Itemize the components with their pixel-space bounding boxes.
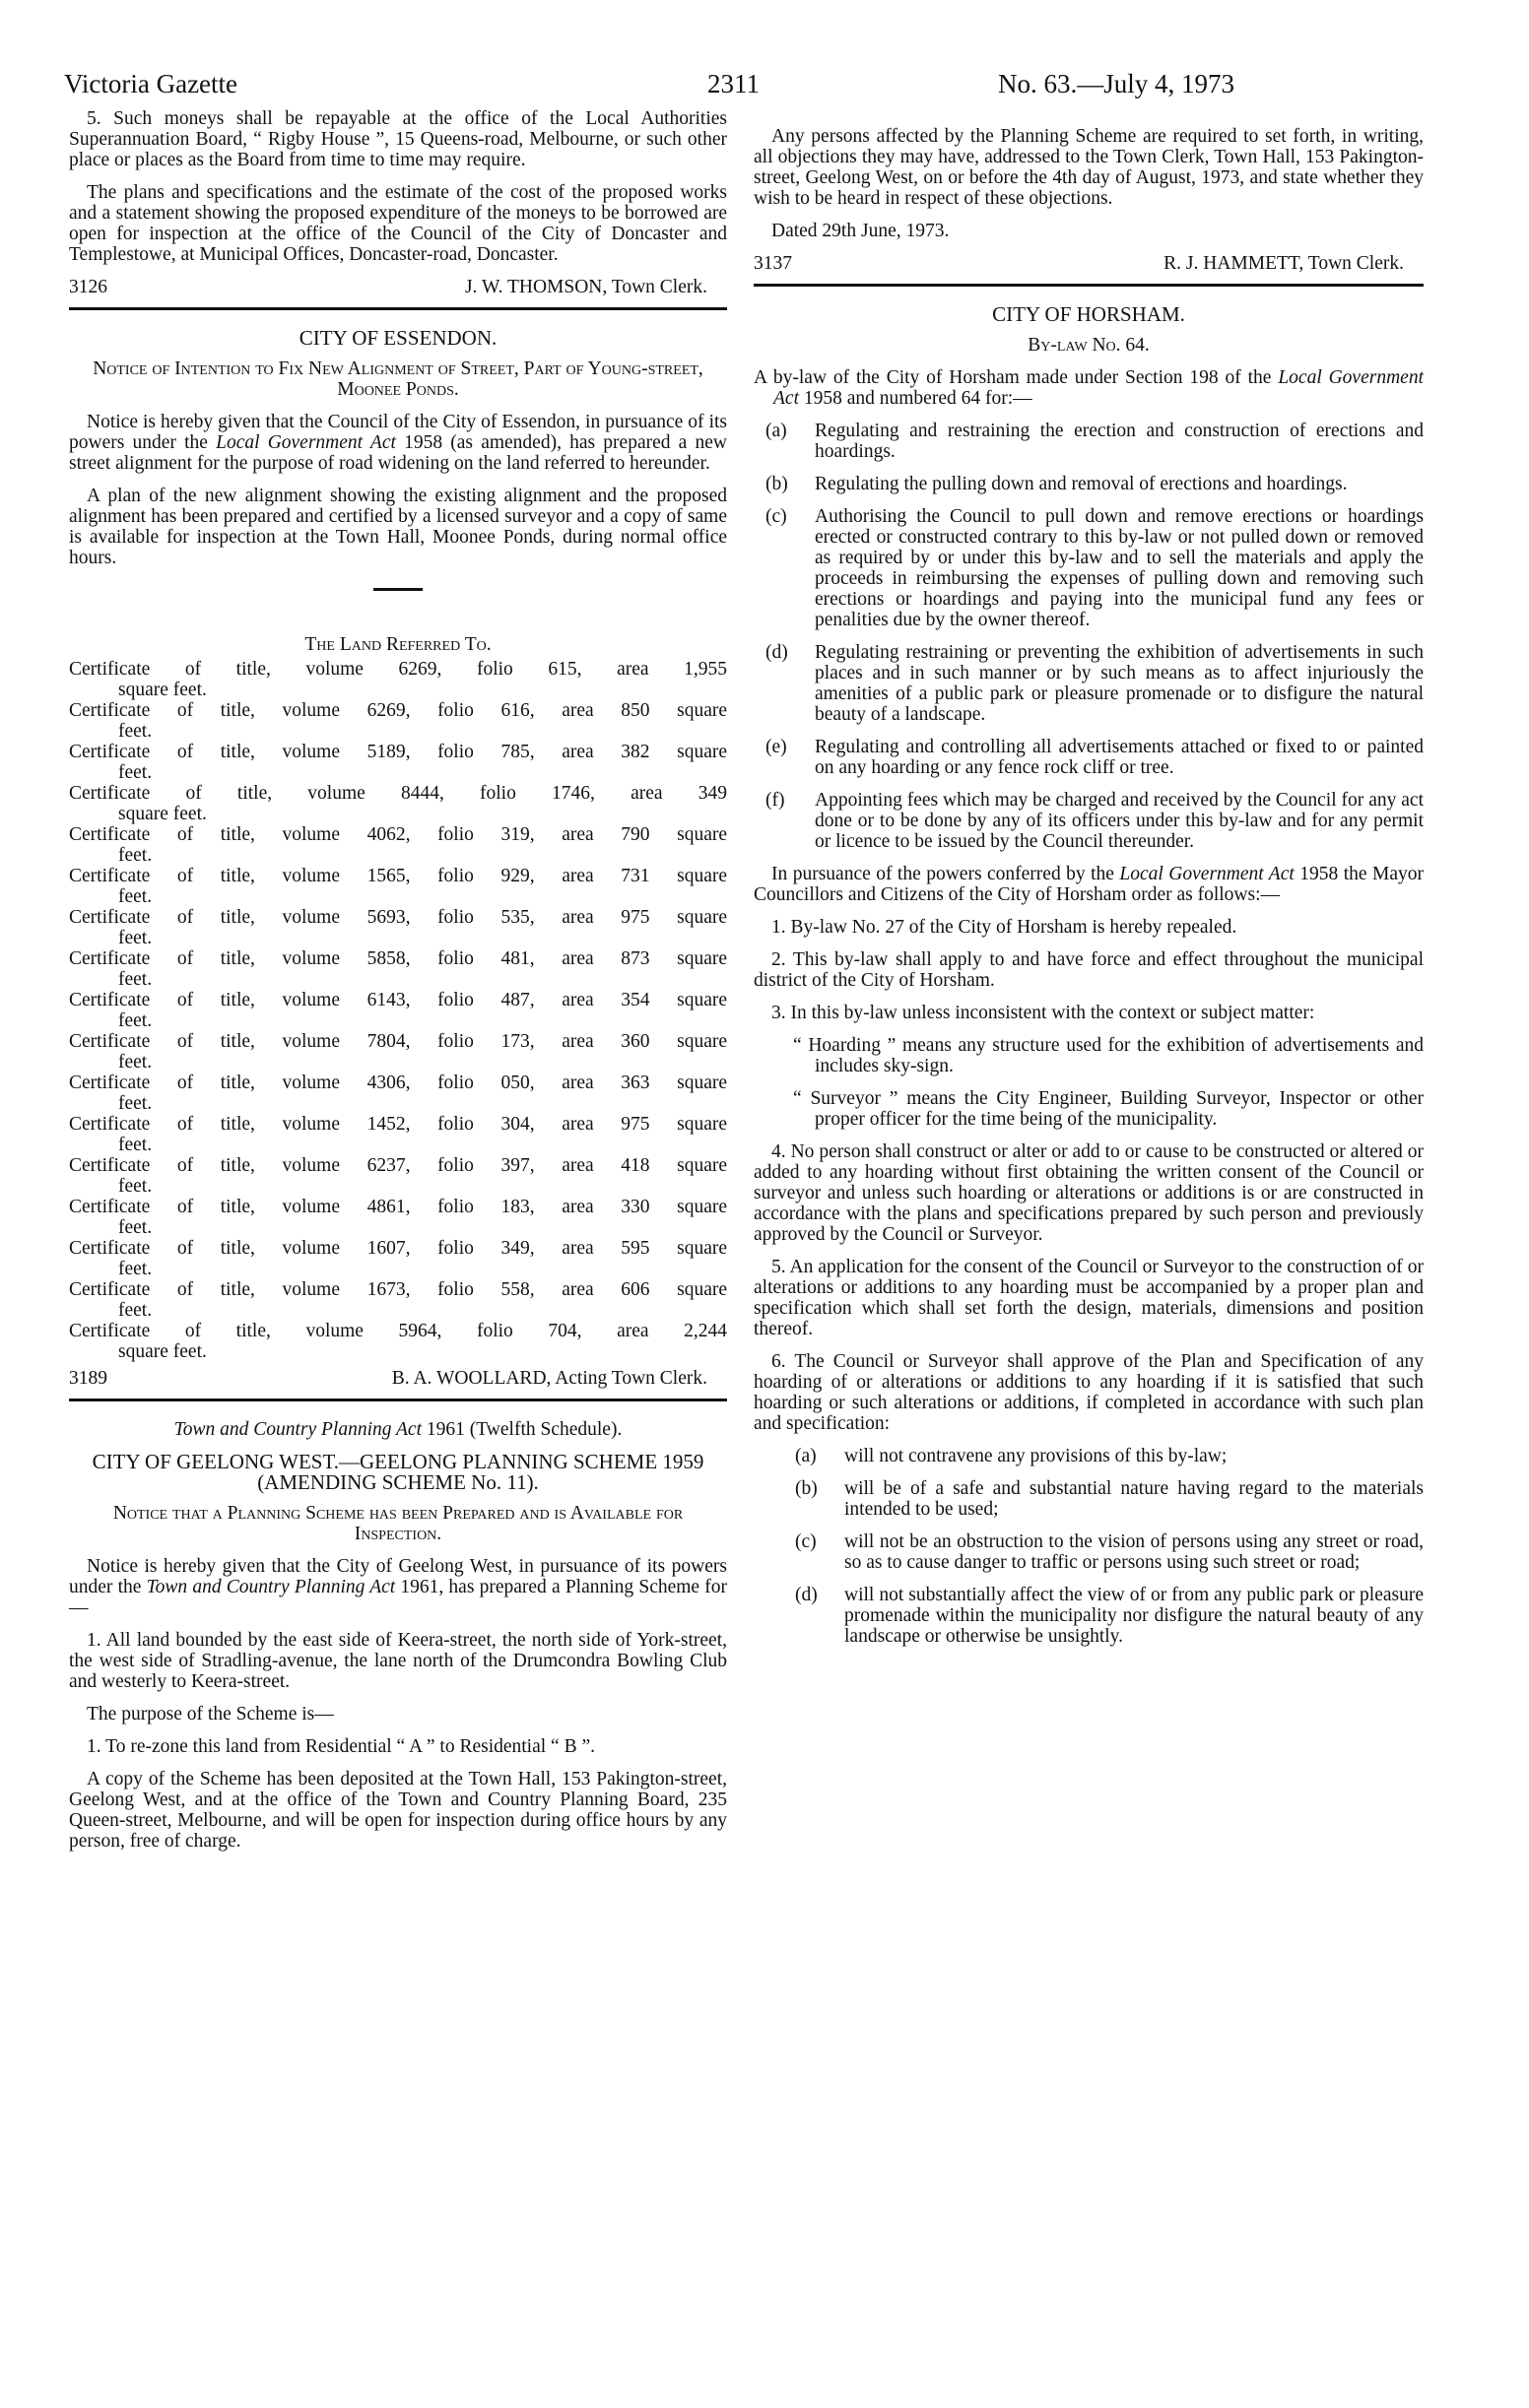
item-label: (a) [754, 421, 815, 462]
certificate-entry: Certificate of title, volume 1452, folio… [69, 1114, 727, 1155]
paragraph: Notice is hereby given that the City of … [69, 1556, 727, 1618]
list-item: (d)will not substantially affect the vie… [754, 1585, 1424, 1647]
list-item: (c)Authorising the Council to pull down … [754, 506, 1424, 630]
certificate-entry: Certificate of title, volume 7804, folio… [69, 1031, 727, 1073]
list-item: (c)will not be an obstruction to the vis… [754, 1531, 1424, 1573]
item-text: will not contravene any provisions of th… [844, 1446, 1424, 1466]
item-text: Authorising the Council to pull down and… [815, 506, 1424, 630]
notice-title: CITY OF GEELONG WEST.—GEELONG PLANNING S… [69, 1452, 727, 1493]
land-heading: The Land Referred To. [69, 634, 727, 655]
notice-subtitle: Notice of Intention to Fix New Alignment… [69, 358, 727, 400]
notice-title: CITY OF ESSENDON. [69, 328, 727, 349]
signatory: B. A. WOOLLARD, Acting Town Clerk. [392, 1368, 727, 1389]
act-name: Local Government Act [216, 432, 396, 453]
definition-hoarding: “ Hoarding ” means any structure used fo… [754, 1035, 1424, 1076]
list-item: (b)Regulating the pulling down and remov… [754, 474, 1424, 494]
certificate-entry: Certificate of title, volume 6269, folio… [69, 659, 727, 700]
notice-reference: 3189 [69, 1368, 107, 1389]
item-label: (f) [754, 790, 815, 852]
clause-2: 2. This by-law shall apply to and have f… [754, 949, 1424, 991]
certificate-entry: Certificate of title, volume 5693, folio… [69, 907, 727, 948]
list-item: (b)will be of a safe and substantial nat… [754, 1478, 1424, 1520]
section-divider [69, 307, 727, 310]
list-item: (d)Regulating restraining or preventing … [754, 642, 1424, 725]
bylaw-intro: A by-law of the City of Horsham made und… [754, 367, 1424, 409]
signature-line: 3126 J. W. THOMSON, Town Clerk. [69, 277, 727, 297]
purpose-list: (a)Regulating and restraining the erecti… [754, 421, 1424, 852]
bylaw-number: By-law No. 64. [754, 335, 1424, 356]
item-label: (b) [783, 1478, 844, 1520]
left-column: 5. Such moneys shall be repayable at the… [69, 108, 727, 1863]
paragraph: 1. To re-zone this land from Residential… [69, 1736, 727, 1757]
horsham-bylaw: CITY OF HORSHAM. By-law No. 64. A by-law… [754, 304, 1424, 1647]
list-item: (a)will not contravene any provisions of… [754, 1446, 1424, 1466]
item-text: will be of a safe and substantial nature… [844, 1478, 1424, 1520]
definition-surveyor: “ Surveyor ” means the City Engineer, Bu… [754, 1088, 1424, 1130]
item-text: Appointing fees which may be charged and… [815, 790, 1424, 852]
section-divider [69, 1399, 727, 1401]
certificate-entry: Certificate of title, volume 6237, folio… [69, 1155, 727, 1197]
bylaw-title: CITY OF HORSHAM. [754, 304, 1424, 325]
clause-4: 4. No person shall construct or alter or… [754, 1141, 1424, 1245]
right-column: Any persons affected by the Planning Sch… [754, 126, 1424, 1659]
page-number: 2311 [707, 69, 760, 99]
paragraph: 1. All land bounded by the east side of … [69, 1630, 727, 1692]
act-name: Town and Country Planning Act [147, 1577, 396, 1597]
certificate-entry: Certificate of title, volume 5189, folio… [69, 742, 727, 783]
certificate-entry: Certificate of title, volume 1565, folio… [69, 866, 727, 907]
geelong-west-notice-continued: Any persons affected by the Planning Sch… [754, 126, 1424, 274]
certificate-entry: Certificate of title, volume 6269, folio… [69, 700, 727, 742]
signatory: R. J. HAMMETT, Town Clerk. [1163, 253, 1424, 274]
essendon-notice: CITY OF ESSENDON. Notice of Intention to… [69, 328, 727, 1389]
item-text: will not substantially affect the view o… [844, 1585, 1424, 1647]
item-text: Regulating restraining or preventing the… [815, 642, 1424, 725]
short-divider [373, 588, 423, 591]
paragraph: Any persons affected by the Planning Sch… [754, 126, 1424, 209]
certificate-list: Certificate of title, volume 6269, folio… [69, 659, 727, 1362]
signature-line: 3189 B. A. WOOLLARD, Acting Town Clerk. [69, 1368, 727, 1389]
dated-line: Dated 29th June, 1973. [754, 221, 1424, 241]
list-item: (a)Regulating and restraining the erecti… [754, 421, 1424, 462]
act-reference: Town and Country Planning Act 1961 (Twel… [69, 1419, 727, 1440]
certificate-entry: Certificate of title, volume 6143, folio… [69, 990, 727, 1031]
certificate-entry: Certificate of title, volume 5858, folio… [69, 948, 727, 990]
certificate-entry: Certificate of title, volume 4861, folio… [69, 1197, 727, 1238]
certificate-entry: Certificate of title, volume 4306, folio… [69, 1073, 727, 1114]
certificate-entry: Certificate of title, volume 1607, folio… [69, 1238, 727, 1279]
notice-reference: 3126 [69, 277, 107, 297]
certificate-entry: Certificate of title, volume 5964, folio… [69, 1321, 727, 1362]
paragraph: A copy of the Scheme has been deposited … [69, 1769, 727, 1852]
clause-5: 5. An application for the consent of the… [754, 1257, 1424, 1339]
item-text: Regulating and restraining the erection … [815, 421, 1424, 462]
paragraph: 5. Such moneys shall be repayable at the… [69, 108, 727, 170]
issue-date: No. 63.—July 4, 1973 [998, 69, 1234, 99]
item-label: (d) [783, 1585, 844, 1647]
publication-title: Victoria Gazette [64, 69, 237, 99]
paragraph: The purpose of the Scheme is— [69, 1704, 727, 1725]
notice-reference: 3137 [754, 253, 792, 274]
item-label: (b) [754, 474, 815, 494]
geelong-west-notice: Town and Country Planning Act 1961 (Twel… [69, 1419, 727, 1852]
condition-list: (a)will not contravene any provisions of… [754, 1446, 1424, 1647]
item-label: (c) [783, 1531, 844, 1573]
list-item: (e)Regulating and controlling all advert… [754, 737, 1424, 778]
list-item: (f)Appointing fees which may be charged … [754, 790, 1424, 852]
certificate-entry: Certificate of title, volume 8444, folio… [69, 783, 727, 824]
item-label: (d) [754, 642, 815, 725]
clause-3: 3. In this by-law unless inconsistent wi… [754, 1003, 1424, 1023]
clause-6: 6. The Council or Surveyor shall approve… [754, 1351, 1424, 1434]
signature-line: 3137 R. J. HAMMETT, Town Clerk. [754, 253, 1424, 274]
item-text: will not be an obstruction to the vision… [844, 1531, 1424, 1573]
doncaster-notice-continued: 5. Such moneys shall be repayable at the… [69, 108, 727, 297]
item-label: (c) [754, 506, 815, 630]
paragraph: The plans and specifications and the est… [69, 182, 727, 265]
item-text: Regulating and controlling all advertise… [815, 737, 1424, 778]
section-divider [754, 284, 1424, 287]
act-name: Local Government Act [1119, 864, 1294, 884]
certificate-entry: Certificate of title, volume 4062, folio… [69, 824, 727, 866]
paragraph: In pursuance of the powers conferred by … [754, 864, 1424, 905]
signatory: J. W. THOMSON, Town Clerk. [465, 277, 727, 297]
item-label: (a) [783, 1446, 844, 1466]
paragraph: Notice is hereby given that the Council … [69, 412, 727, 474]
certificate-entry: Certificate of title, volume 1673, folio… [69, 1279, 727, 1321]
item-label: (e) [754, 737, 815, 778]
paragraph: A plan of the new alignment showing the … [69, 486, 727, 568]
item-text: Regulating the pulling down and removal … [815, 474, 1424, 494]
clause-1: 1. By-law No. 27 of the City of Horsham … [754, 917, 1424, 938]
notice-subtitle: Notice that a Planning Scheme has been P… [69, 1503, 727, 1544]
